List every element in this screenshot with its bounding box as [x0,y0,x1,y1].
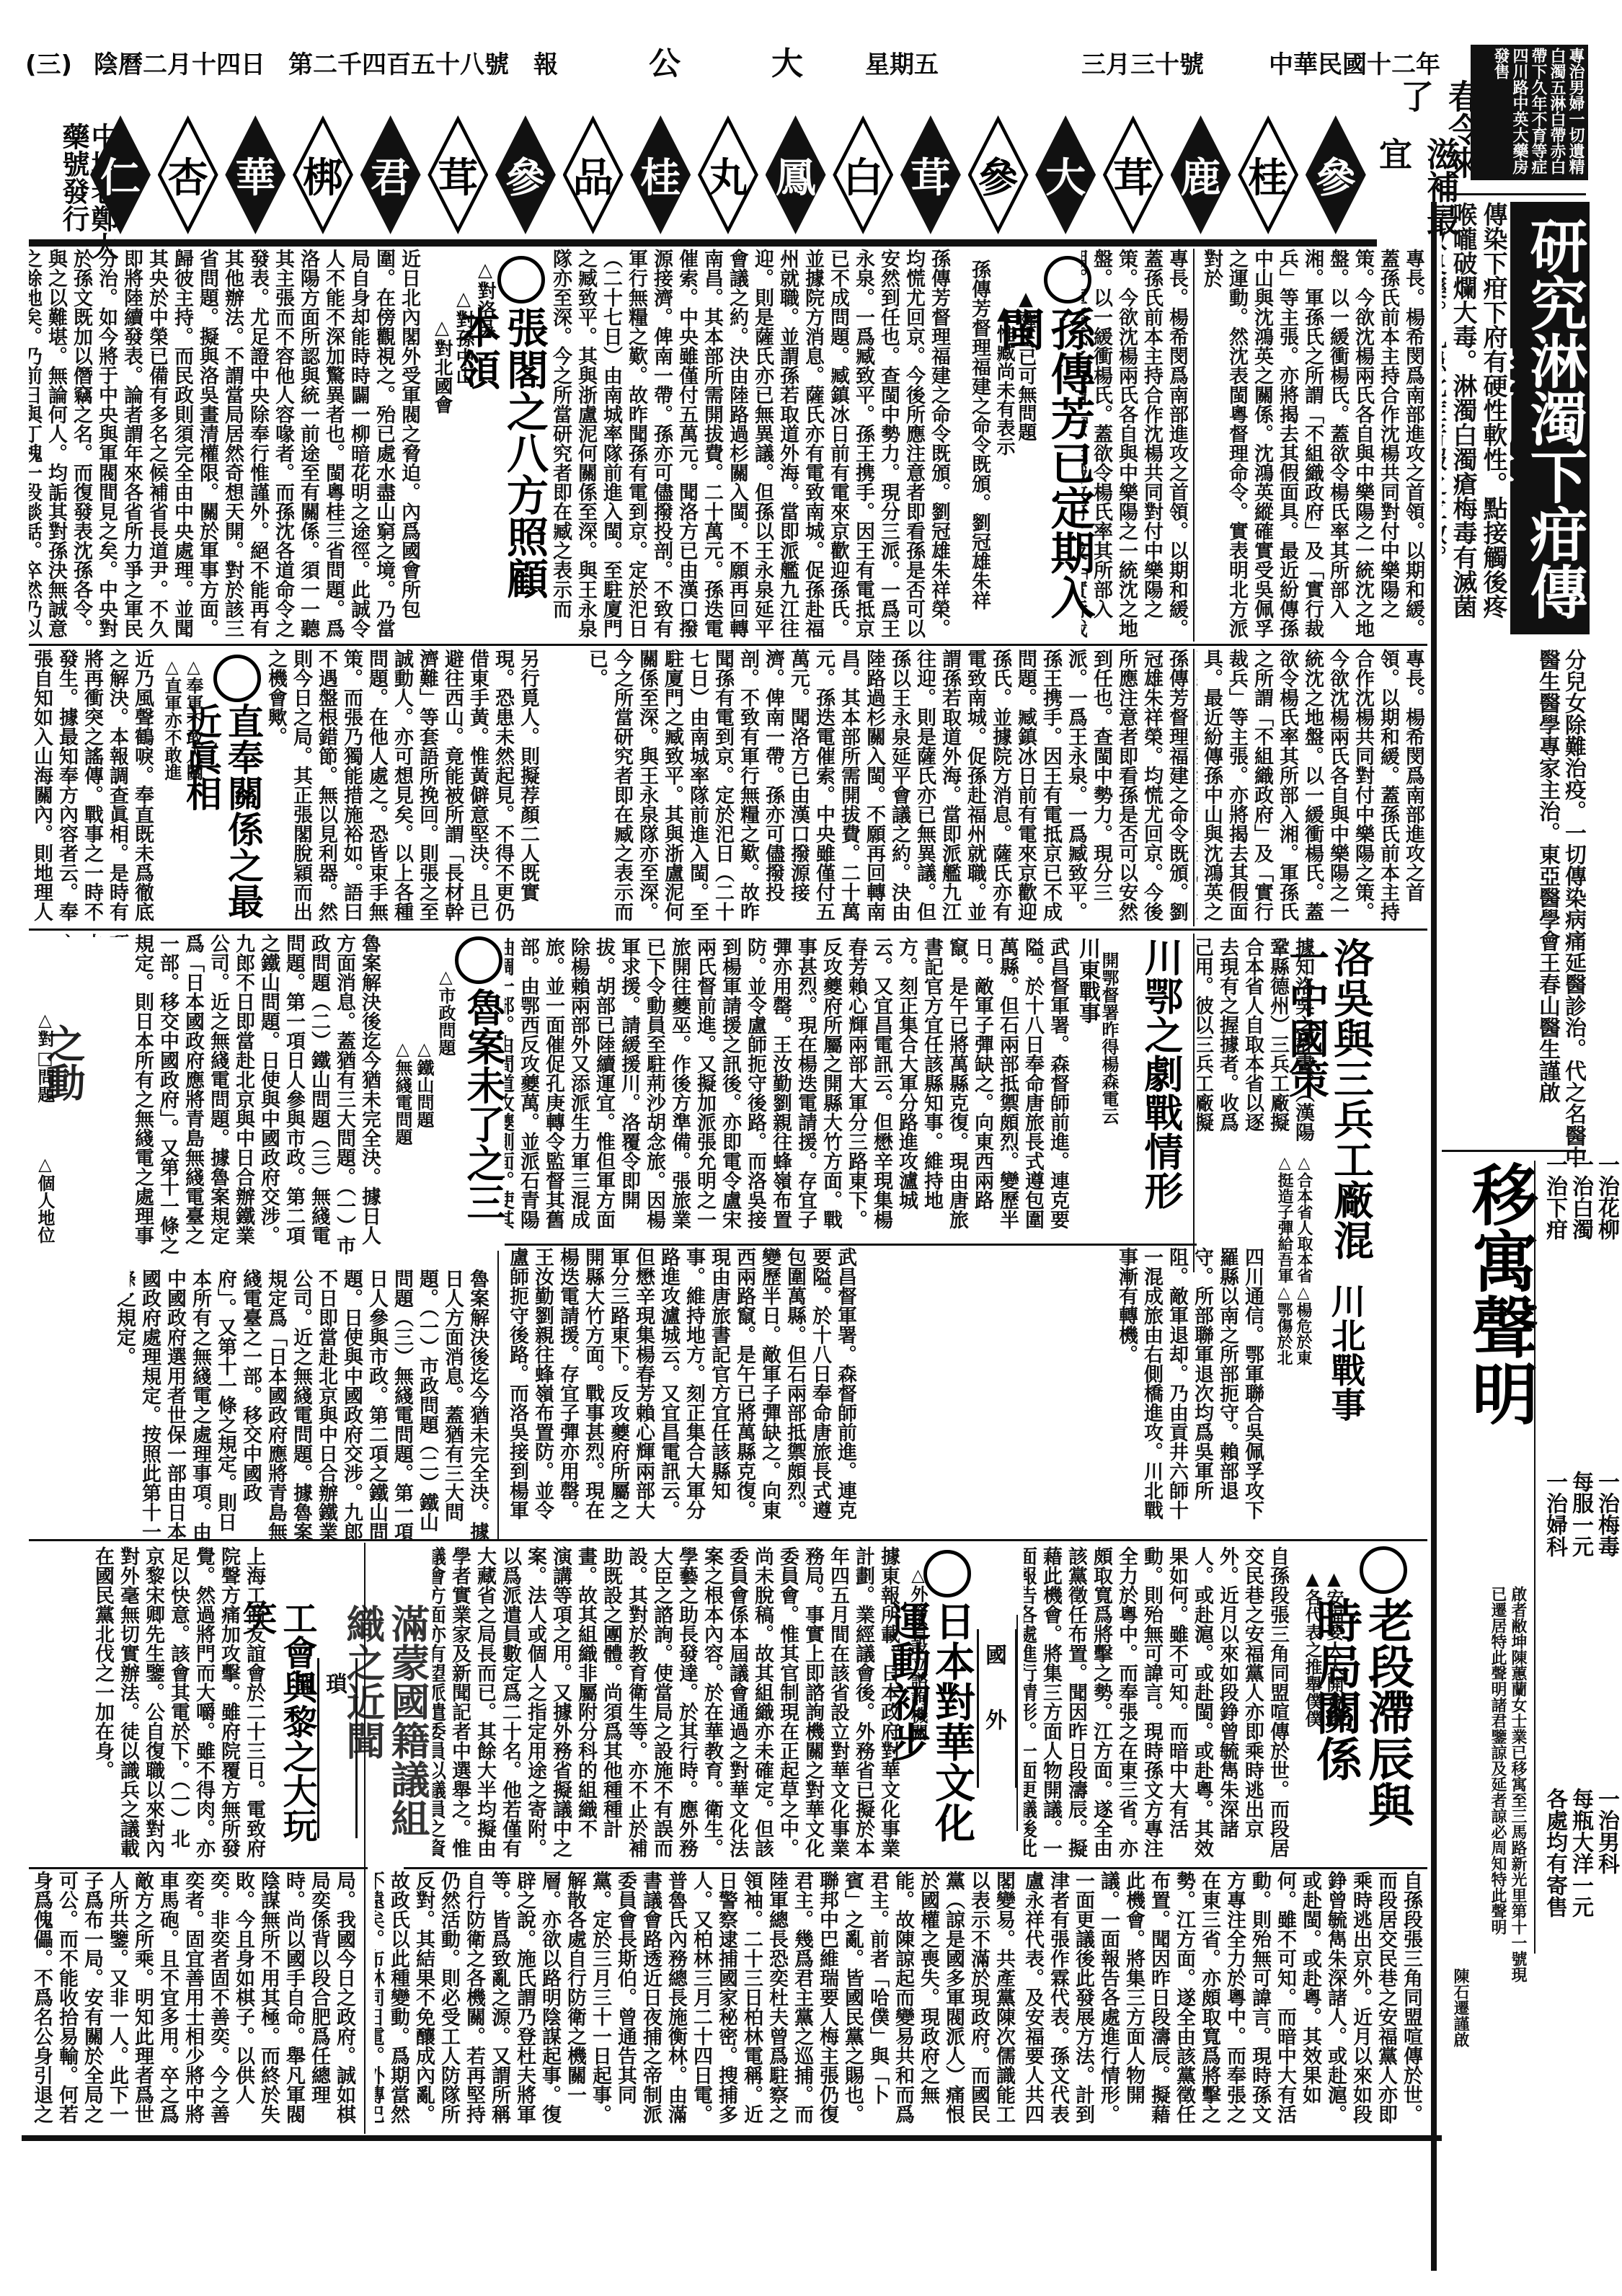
banner-diamond: 參 [495,115,556,234]
article-laoduan-cont: 自孫段張三角同盟喧傳於世。而段居交民巷之安福黨人亦即乘時逃出京外。近月以來如段錚… [1024,1871,1424,2130]
ad-venereal-body: 傳染下疳下府有硬性軟性。點接觸後疼喉嚨破爛大毒。淋濁白濁瘡梅毒有滅菌特效良藥。凡… [1442,202,1508,634]
notice-move-body: 啟者敝坤陳蕙蘭女士業已移寓至三馬路新光里第十一號現已遷居特此聲明諸君鑒諒及延者諒… [1442,1586,1528,1990]
right-rule-1 [1442,193,1586,195]
banner-char: 茸 [1103,115,1164,234]
banner-diamond: 梆 [293,115,353,234]
subtitle-laoduan-2: ▲各代表之推舉僕僕 [1299,1568,1325,1741]
row-rule-3a [505,1244,1197,1246]
banner-diamond: 參 [968,115,1029,234]
article-zhang-cabinet-body: 近日北內閣外受軍閥之脅迫。內爲國會所包圍。在傍觀視之。殆已處水盡山窮之境。乃當局… [29,249,422,642]
headline-sun-chuanfang: 孫傳芳已定期入閩 [1038,249,1096,638]
article-sun-duan-top-body: 專長。楊希閔爲南部進攻之首領。以期和緩。蓋孫氏前本主持合作沈楊共同對付中樂陽之策… [1197,249,1426,638]
section-label-foreign: 國外 [977,1629,1017,1788]
notice-move-title: 移寓聲明 [1463,1161,1535,1608]
headline-labor-li: 工會與黎之大玩笑 [274,1550,317,1867]
banner-diamond: 丸 [698,115,758,234]
article-chuan-e-cont: 武昌督軍署。森督師前進。連克要隘。於十八日奉命唐旅長式遵包圍萬縣。但石兩部抵禦頗… [505,1247,858,1535]
banner-char: 品 [563,115,624,234]
ad-venereal-title: 研究淋濁下疳傳染利害 [1510,202,1590,634]
banner-diamond: 桂 [630,115,691,234]
banner-diamond: 鹿 [1171,115,1231,234]
col-divider [497,1251,499,1539]
col-divider [1193,649,1195,926]
banner-char: 參 [1306,115,1366,234]
banner-diamond: 華 [225,115,285,234]
article-lu-case-cont: 魯案解決後迄今猶未完全決。據日人方面消息。蓋猶有三大問題。（一）市政問題（二）鐵… [87,1269,490,1543]
price-list-item: 一治男科 [1594,1788,1618,2091]
masthead-paper-char-3: 報 [533,45,558,80]
banner-char: 白 [833,115,893,234]
row-rule-5a [29,1867,368,1869]
price-list-item: 一治花柳 [1594,1153,1618,1456]
masthead-weekday: 星期五 [865,45,939,80]
banner-diamond: 鳳 [766,115,826,234]
masthead-lunar-date: 陰曆二月十四日 [94,45,265,80]
col-divider [1193,249,1195,642]
subtitle-luowu-2: △挺造子彈給吾軍 [1275,1153,1295,1283]
ad-pharmacy-top: 專治男婦一切遺精白濁五淋白帶赤白帶下久年不育等症四川路中英大藥房發售 [1471,45,1588,180]
article-lower-left-2: 之動 △對□問題 △個人地位 [29,937,130,1298]
headline-zhifeng: 直奉關係之最近眞相 [209,649,267,923]
price-list-item: 各處均有寄售 [1542,1788,1566,2091]
banner-char: 鳳 [766,115,826,234]
subtitle-zhang-3: △對北國會 [429,317,455,461]
article-manmeng-body: 演講等項之用。又據外務省擬議中之案。法人或個人之指定用途之寄附。以爲派遣員數定爲… [433,1546,573,1863]
article-lower-right-1: 閣變易。共產黨陳次儒識能工以表示不滿於現政府。而國民黨（諒是國多軍閥派人）痛恨於… [375,1871,1016,2130]
section-chuan-east: 川東戰事 [1074,937,1100,1045]
ad-medical-middle: 分兒女除難治疫。一切傳染病痛延醫診治。代之名醫中醫生醫學專家主治。東亞醫學會王春… [1456,649,1586,1168]
article-zhifeng-body: 近乃風聲鶴唳。奉直既未爲徹底之解決。本報調查眞相。是時有將再衝突之謠傳。戰事之一… [29,649,155,923]
page-bottom-rule [22,2135,1442,2141]
subtitle-lu-3: △無綫電問題 [389,1038,415,1225]
banner-char: 茸 [427,115,488,234]
banner-char: 桂 [1238,115,1298,234]
headline-zhang-cabinet: 張閣之八方照顧本領 [497,249,548,642]
article-sun-duan-cont: 專長。楊希閔爲南部進攻之首領。以期和緩。蓋孫氏前本主持合作沈楊共同對付中樂陽之策… [1197,649,1426,923]
row-rule-2 [29,928,1427,931]
right-rule-2 [1442,1150,1586,1152]
circle-bullet-icon [1044,256,1091,303]
col-divider [1193,934,1195,1272]
subtitle-japan-1: △外務省設立諮詢機關 [905,1564,931,1752]
banner-char: 桂 [630,115,691,234]
banner-ad: 參桂鹿茸大參茸白鳳丸桂品參茸君梆華杏仁 [90,115,1366,238]
article-sun-chuanfang-body-a: 專長。楊希閔爲南部進攻之首領。以期和緩。蓋孫氏前本主持合作沈楊共同對付中樂陽之策… [1081,249,1189,642]
circle-bullet-icon [213,655,261,702]
article-luowu-body: 據知洛吳之計畫。（漢陽鞏縣德州）三兵工廠擬合本省人自取本省以逐去現有之握據者。收… [1197,937,1316,1146]
masthead-date-md: 三月三十號 [1081,45,1204,80]
banner-char: 杏 [158,115,218,234]
circle-bullet-icon [1360,1546,1407,1594]
subtitle-2: ▲惟臧尚未有表示 [991,303,1017,490]
banner-diamond: 仁 [90,115,151,234]
masthead-date-roc: 中華民國十二年 [1269,45,1440,80]
headline-laoduan: 老段滯辰與時局關係 [1348,1546,1420,1863]
subtitle-zhifeng-2: △直軍亦不敢進 [159,656,185,815]
banner-char: 大 [1035,115,1096,234]
row-rule-4 [29,1539,1427,1541]
banner-char: 仁 [90,115,151,234]
col-divider [364,1543,365,2134]
price-list-item: 一治梅毒 [1594,1471,1618,1773]
price-list-item: 一治白濁 [1568,1153,1592,1456]
circle-bullet-icon [497,256,545,303]
masthead-paper-char-1: 大 [771,37,803,84]
banner-diamond: 茸 [900,115,961,234]
masthead-page-no: (三) [25,45,72,80]
banner-char: 華 [225,115,285,234]
row-rule-1 [29,644,1427,646]
banner-diamond: 白 [833,115,893,234]
article-sun-chuanfang-cont: 孫傳芳督理福建之命令既頒。劉冠雄朱祥榮。均慌尤回京。今後所應注意者即看孫是否可以… [548,649,1189,923]
article-lower-left-1: 局。我國今日之政府。誠如棋局奕係背以段合肥爲任總理時。尚以國手自命。舉凡軍閥陰謀… [29,1871,357,2130]
right-column-divider [1431,202,1437,2271]
section-label-misc: 瑣聞 [317,1658,358,1838]
banner-diamond: 茸 [427,115,488,234]
subtitle-luowu-1: △合本省人取本省 [1294,1153,1314,1283]
headline-chuan-e: 川鄂之劇戰情形 [1128,937,1186,1247]
article-japan-culture-body: 據東報所載。日本政府對華文化事業計劃。業經議會後。外務省已擬於本年四五月間在該省… [577,1546,901,1863]
price-list-item: 一治婦科 [1542,1471,1566,1773]
headline-chuan-north: 川北戰事 [1312,1283,1370,1543]
notice-move-signature: 陳石遷謹啟 [1442,1968,1471,2083]
banner-diamond: 桂 [1238,115,1298,234]
banner-diamond: 大 [1035,115,1096,234]
headline-manmeng: 滿蒙國籍議組織之近聞 [375,1546,433,1863]
banner-char: 丸 [698,115,758,234]
notice-divider [1534,1161,1535,1954]
circle-bullet-icon [455,936,502,984]
article-zhang-reply: 另行覓人。則擬荐顏二人既實現。恐患未然起見。不得不更仍借東手黃。惟黃僻意堅決。且… [267,649,541,923]
price-list-item: 每服一元 [1568,1471,1592,1773]
row-rule-5b [404,1867,1427,1869]
banner-char: 鹿 [1171,115,1231,234]
banner-diamond: 君 [360,115,421,234]
banner-diamond: 杏 [158,115,218,234]
article-chuan-north-body: 四川通信。鄂軍聯合吳佩孚攻下羅縣以南之所部扼守。賴部退守。所部聯軍退次均爲吳軍所… [865,1247,1265,1535]
banner-rule [29,239,1377,247]
banner-char: 茸 [900,115,961,234]
banner-char: 參 [495,115,556,234]
article-sun-chuanfang-lead: 孫傳芳督理福建之命令既頒。劉冠雄朱祥榮。均慌尤回京。今後所應注意者即看孫是否可以… [966,260,992,634]
headline-luowu: 洛吳與三兵工廠混一中國策 [1319,937,1377,1276]
article-chuan-e-body: 武昌督軍署。森督師前進。連克要隘。於十八日奉命唐旅長式遵包圍萬縣。但石兩部抵禦頗… [505,937,1071,1240]
banner-char: 君 [360,115,421,234]
article-laoduan-body: 自孫段張三角同盟喧傳於世。而段居交民巷之安福黨人亦即乘時逃出京外。近月以來如段錚… [1024,1546,1290,1863]
banner-diamond: 品 [563,115,624,234]
banner-diamond: 茸 [1103,115,1164,234]
article-sun-chuanfang-body: 孫傳芳督理福建之命令既頒。劉冠雄朱祥榮。均慌尤回京。今後所應注意者即看孫是否可以… [548,249,952,642]
banner-char: 參 [968,115,1029,234]
banner-char: 梆 [293,115,353,234]
subtitle-chuan-e-2: △鄂傷於北 [1271,1283,1297,1391]
banner-diamond: 參 [1306,115,1366,234]
price-list-item: 每瓶大洋一元 [1568,1788,1592,2091]
masthead-paper-char-2: 公 [649,37,681,84]
price-list-item: 一治下疳 [1542,1153,1566,1456]
headline-lu-case: 魯案未了之三 [454,934,508,1251]
price-list: 一治花柳一治白濁一治下疳一治梅毒每服一元一治婦科一治男科每瓶大洋一元各處均有寄售 [1539,1153,1618,2127]
article-labor-li-body: 上海工商友誼會於二十三日。電致府院聲方痛加攻擊。雖府院覆方無所發覺。然過將門而大… [29,1546,267,1863]
masthead-issue-no: 第二千四百五十八號 [288,45,509,80]
